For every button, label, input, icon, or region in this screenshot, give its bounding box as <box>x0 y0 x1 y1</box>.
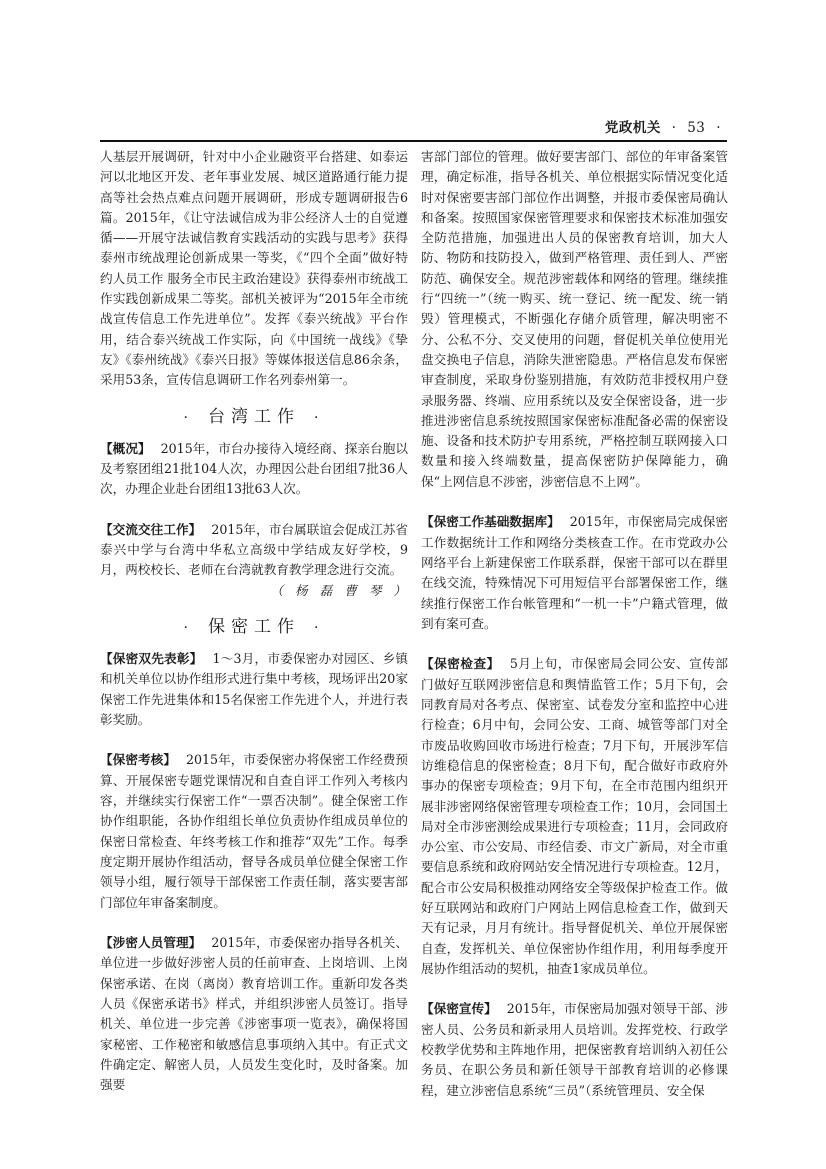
entry-secrecy-inspection: 【保密检查】5月上旬，市保密局会同公安、宣传部门做好互联网涉密信息和舆情监管工作… <box>421 654 728 979</box>
entry-term: 【保密宣传】 <box>421 1001 497 1016</box>
header-rule <box>100 140 727 142</box>
running-header: 党政机关 · 53 · <box>100 112 727 140</box>
header-section-name: 党政机关 <box>605 120 661 136</box>
entry-secrecy-awards: 【保密双先表彰】1～3月，市委保密办对园区、乡镇和机关单位以协作组形式进行集中考… <box>100 649 408 730</box>
continued-paragraph: 人基层开展调研，针对中小企业融资平台搭建、如泰运河以北地区开发、老年事业发展、城… <box>100 147 408 391</box>
entry-term: 【保密工作基础数据库】 <box>421 514 560 529</box>
left-column: 人基层开展调研，针对中小企业融资平台搭建、如泰运河以北地区开发、老年事业发展、城… <box>100 147 408 1095</box>
section-title-taiwan: ·台湾工作· <box>100 397 408 437</box>
entry-classified-personnel: 【涉密人员管理】2015年，市委保密办指导各机关、单位进一步做好涉密人员的任前审… <box>100 933 408 1095</box>
entry-term: 【保密考核】 <box>100 752 176 767</box>
paragraph-gap <box>421 634 728 654</box>
bullet-dot: · <box>314 620 324 636</box>
entry-text: 5月上旬，市保密局会同公安、宣传部门做好互联网涉密信息和舆情监管工作；5月下旬，… <box>421 656 728 975</box>
entry-text: 2015年，市委保密办指导各机关、单位进一步做好涉密人员的任前审查、上岗培训、上… <box>100 935 408 1092</box>
entry-exchange: 【交流交往工作】2015年，市台属联谊会促成江苏省泰兴中学与台湾中华私立高级中学… <box>100 520 408 581</box>
section-title-text: 保密工作 <box>208 617 300 637</box>
entry-secrecy-publicity: 【保密宣传】2015年，市保密局加强对领导干部、涉密人员、公务员和新录用人员培训… <box>421 999 728 1100</box>
author-attribution: （杨磊曹琴） <box>100 581 418 601</box>
header-dot-separator: · <box>672 120 677 136</box>
entry-secrecy-database: 【保密工作基础数据库】2015年，市保密局完成保密工作数据统计工作和网络分类核查… <box>421 512 728 634</box>
page-number: 53 <box>687 120 705 136</box>
bullet-dot: · <box>184 410 194 426</box>
bullet-dot: · <box>184 620 194 636</box>
entry-text: 2015年，市保密局完成保密工作数据统计工作和网络分类核查工作。在市党政办公网络… <box>421 514 728 630</box>
section-title-text: 台湾工作 <box>208 407 300 427</box>
entry-term: 【概况】 <box>100 441 151 456</box>
paragraph-gap <box>100 913 408 933</box>
header-dot-separator: · <box>716 120 721 136</box>
header-text: 党政机关 · 53 · <box>605 116 727 136</box>
entry-overview: 【概况】2015年，市台办接待入境经商、探亲台胞以及考察团组21批104人次，办… <box>100 439 408 500</box>
paragraph-gap <box>100 499 408 519</box>
right-column: 害部门部位的管理。做好要害部门、部位的年审备案管理，确定标准，指导各机关、单位根… <box>421 147 728 1101</box>
bullet-dot: · <box>314 410 324 426</box>
entry-term: 【涉密人员管理】 <box>100 935 201 950</box>
section-title-secrecy: ·保密工作· <box>100 607 408 647</box>
entry-term: 【保密双先表彰】 <box>100 651 202 666</box>
paragraph-gap <box>421 492 728 512</box>
entry-term: 【保密检查】 <box>421 656 500 671</box>
entry-text: 2015年，市委保密办将保密工作经费预算、开展保密专题党课情况和自查自评工作列入… <box>100 752 408 909</box>
continued-paragraph: 害部门部位的管理。做好要害部门、部位的年审备案管理，确定标准，指导各机关、单位根… <box>421 147 728 492</box>
entry-secrecy-assessment: 【保密考核】2015年，市委保密办将保密工作经费预算、开展保密专题党课情况和自查… <box>100 750 408 912</box>
paragraph-gap <box>421 979 728 999</box>
paragraph-gap <box>100 730 408 750</box>
entry-term: 【交流交往工作】 <box>100 522 201 537</box>
